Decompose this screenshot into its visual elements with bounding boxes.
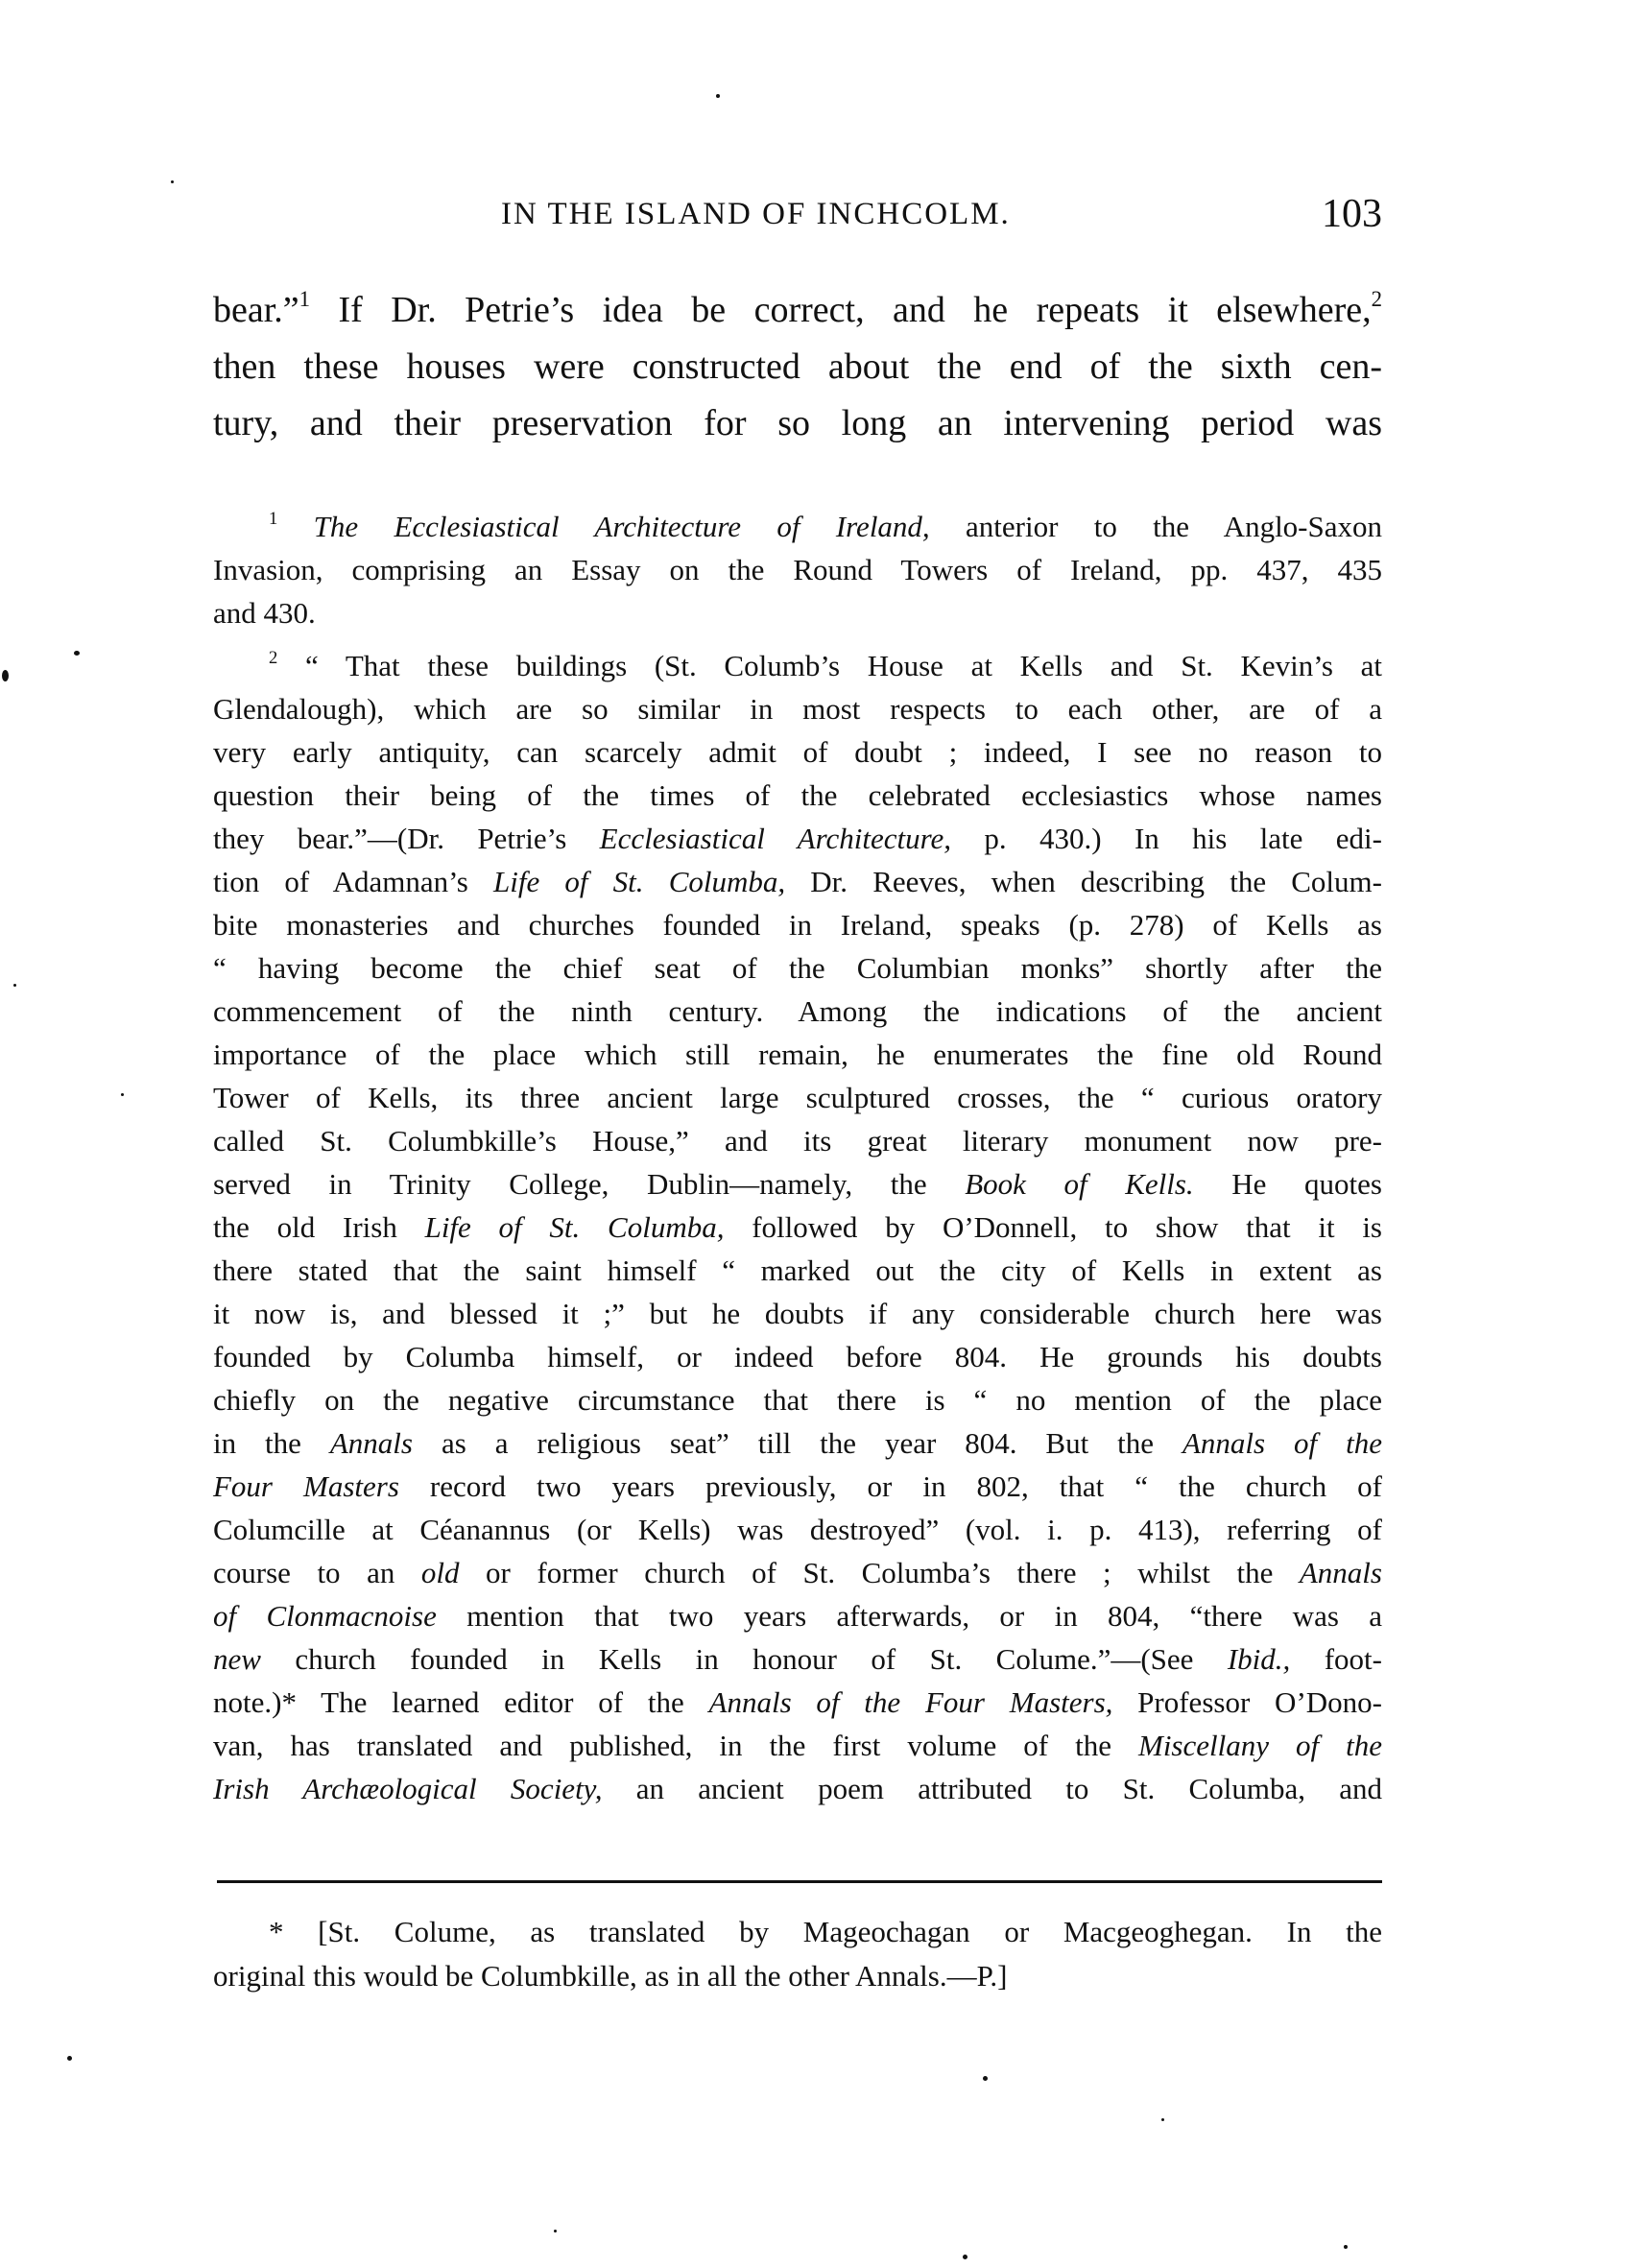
text-run: as a religious seat” till the year 804. … xyxy=(413,1426,1182,1460)
scan-speck xyxy=(983,2076,988,2081)
text-run: importance of the place which still rema… xyxy=(213,1038,1382,1071)
footnote-line: tion of Adamnan’s Life of St. Columba, D… xyxy=(213,860,1382,903)
running-title: IN THE ISLAND OF INCHCOLM. xyxy=(501,197,1011,232)
text-run: commencement of the ninth century. Among… xyxy=(213,994,1382,1028)
footnote-separator-rule xyxy=(217,1880,1382,1883)
text-run: * [St. Colume, as translated by Mageocha… xyxy=(269,1915,1382,1948)
footnote-line: Tower of Kells, its three ancient large … xyxy=(213,1076,1382,1119)
footnote-line: the old Irish Life of St. Columba, follo… xyxy=(213,1206,1382,1249)
scan-speck xyxy=(67,2056,72,2061)
text-run: founded by Columba himself, or indeed be… xyxy=(213,1340,1382,1373)
italic-title: of Clonmacnoise xyxy=(213,1599,437,1633)
text-run: Professor O’Dono- xyxy=(1112,1685,1382,1719)
footnote-line: 2 “ That these buildings (St. Columb’s H… xyxy=(213,644,1382,687)
footnote-line: they bear.”—(Dr. Petrie’s Ecclesiastical… xyxy=(213,817,1382,860)
text-run: van, has translated and published, in th… xyxy=(213,1729,1138,1762)
italic-title: Ibid., xyxy=(1228,1642,1290,1676)
footnote-line: served in Trinity College, Dublin—namely… xyxy=(213,1162,1382,1206)
text-run: an ancient poem attributed to St. Columb… xyxy=(602,1772,1382,1805)
text-run: p. 430.) In his late edi- xyxy=(951,822,1382,855)
text-run: very early antiquity, can scarcely admit… xyxy=(213,735,1382,769)
text-run: Invasion, comprising an Essay on the Rou… xyxy=(213,553,1382,586)
text-run: He quotes xyxy=(1194,1167,1382,1201)
scan-speck xyxy=(121,1093,124,1096)
editor-note-line: * [St. Colume, as translated by Mageocha… xyxy=(213,1910,1382,1954)
footnote-marker: 2 xyxy=(269,648,277,668)
italic-title: Life of St. Columba, xyxy=(425,1210,725,1244)
footnote-line: importance of the place which still rema… xyxy=(213,1033,1382,1076)
scan-speck xyxy=(963,2255,967,2259)
text-run: it now is, and blessed it ;” but he doub… xyxy=(213,1297,1382,1330)
footnote-line: of Clonmacnoise mention that two years a… xyxy=(213,1594,1382,1637)
text-run: “ That these buildings (St. Columb’s Hou… xyxy=(277,649,1382,682)
scan-speck xyxy=(74,651,80,656)
text-run: Glendalough), which are so similar in mo… xyxy=(213,692,1382,726)
text-run: Tower of Kells, its three ancient large … xyxy=(213,1081,1382,1114)
text-run: called St. Columbkille’s House,” and its… xyxy=(213,1124,1382,1158)
text-run: mention that two years afterwards, or in… xyxy=(437,1599,1382,1633)
italic-title: Irish Archæological Society, xyxy=(213,1772,602,1805)
scan-speck xyxy=(171,180,174,183)
italic-title: Annals of the xyxy=(1182,1426,1382,1460)
text-run: original this would be Columbkille, as i… xyxy=(213,1959,1007,1993)
scan-speck xyxy=(1344,2245,1348,2249)
footnote-2: 2 “ That these buildings (St. Columb’s H… xyxy=(213,644,1382,1810)
scan-speck xyxy=(716,94,720,98)
italic-title: Life of St. Columba, xyxy=(493,865,785,898)
body-line: tury, and their preservation for so long… xyxy=(213,395,1382,452)
footnote-line: Glendalough), which are so similar in mo… xyxy=(213,687,1382,730)
text-run: course to an xyxy=(213,1556,421,1589)
book-page: IN THE ISLAND OF INCHCOLM. 103 bear.”1 I… xyxy=(0,0,1648,2268)
footnote-marker: 1 xyxy=(299,287,310,311)
editor-note: * [St. Colume, as translated by Mageocha… xyxy=(213,1910,1382,1998)
text-run: Columcille at Céanannus (or Kells) was d… xyxy=(213,1513,1382,1546)
text-run: the old Irish xyxy=(213,1210,425,1244)
body-line: bear.”1 If Dr. Petrie’s idea be correct,… xyxy=(213,282,1382,339)
text-run: and 430. xyxy=(213,596,316,630)
footnote-line: note.)* The learned editor of the Annals… xyxy=(213,1681,1382,1724)
page-number: 103 xyxy=(1322,191,1382,237)
scan-speck xyxy=(2,670,9,681)
footnote-line: and 430. xyxy=(213,591,1382,634)
text-run: followed by O’Donnell, to show that it i… xyxy=(724,1210,1382,1244)
body-text: bear.”1 If Dr. Petrie’s idea be correct,… xyxy=(213,282,1382,452)
italic-title: Ecclesiastical Architecture, xyxy=(600,822,951,855)
footnote-line: course to an old or former church of St.… xyxy=(213,1551,1382,1594)
footnote-line: new church founded in Kells in honour of… xyxy=(213,1637,1382,1681)
italic-title: new xyxy=(213,1642,261,1676)
text-run: note.)* The learned editor of the xyxy=(213,1685,709,1719)
footnote-line: bite monasteries and churches founded in… xyxy=(213,903,1382,946)
footnotes: 1 The Ecclesiastical Architecture of Ire… xyxy=(213,505,1382,1810)
italic-title: old xyxy=(421,1556,460,1589)
footnote-line: commencement of the ninth century. Among… xyxy=(213,990,1382,1033)
italic-title: Annals xyxy=(1300,1556,1382,1589)
footnote-line: it now is, and blessed it ;” but he doub… xyxy=(213,1292,1382,1335)
footnote-line: van, has translated and published, in th… xyxy=(213,1724,1382,1767)
italic-title: Annals xyxy=(330,1426,413,1460)
text-run: foot- xyxy=(1290,1642,1382,1676)
footnote-line: called St. Columbkille’s House,” and its… xyxy=(213,1119,1382,1162)
footnote-line: Four Masters record two years previously… xyxy=(213,1465,1382,1508)
text-run: anterior to the Anglo-Saxon xyxy=(930,510,1382,543)
footnote-marker: 1 xyxy=(269,509,277,529)
italic-title: Four Masters xyxy=(213,1469,399,1503)
text-run: “ having become the chief seat of the Co… xyxy=(213,951,1382,985)
italic-title: Miscellany of the xyxy=(1138,1729,1382,1762)
text-run: bite monasteries and churches founded in… xyxy=(213,908,1382,942)
text-run: If Dr. Petrie’s idea be correct, and he … xyxy=(310,290,1372,330)
text-run: question their being of the times of the… xyxy=(213,778,1382,812)
scan-speck xyxy=(13,984,16,987)
text-run: or former church of St. Columba’s there … xyxy=(460,1556,1300,1589)
italic-title: Book of Kells. xyxy=(965,1167,1193,1201)
text-run: served in Trinity College, Dublin—namely… xyxy=(213,1167,965,1201)
text-run: tion of Adamnan’s xyxy=(213,865,493,898)
text-run: then these houses were constructed about… xyxy=(213,346,1382,387)
footnote-line: “ having become the chief seat of the Co… xyxy=(213,946,1382,990)
scan-speck xyxy=(1161,2118,1164,2121)
text-run: Dr. Reeves, when describing the Colum- xyxy=(785,865,1382,898)
footnote-line: founded by Columba himself, or indeed be… xyxy=(213,1335,1382,1378)
page-header: IN THE ISLAND OF INCHCOLM. 103 xyxy=(213,197,1382,245)
scan-speck xyxy=(554,2230,557,2232)
text-run: bear.” xyxy=(213,290,299,330)
text-run xyxy=(277,510,313,543)
paragraph-gap xyxy=(213,634,1382,644)
footnote-line: there stated that the saint himself “ ma… xyxy=(213,1249,1382,1292)
footnote-line: 1 The Ecclesiastical Architecture of Ire… xyxy=(213,505,1382,548)
editor-note-line: original this would be Columbkille, as i… xyxy=(213,1954,1382,1998)
body-line: then these houses were constructed about… xyxy=(213,339,1382,395)
text-run: church founded in Kells in honour of St.… xyxy=(261,1642,1228,1676)
footnote-line: very early antiquity, can scarcely admit… xyxy=(213,730,1382,774)
text-run: tury, and their preservation for so long… xyxy=(213,403,1382,443)
footnote-marker: 2 xyxy=(1372,287,1382,311)
footnote-line: Columcille at Céanannus (or Kells) was d… xyxy=(213,1508,1382,1551)
text-run: chiefly on the negative circumstance tha… xyxy=(213,1383,1382,1417)
italic-title: Annals of the Four Masters, xyxy=(709,1685,1113,1719)
italic-title: The Ecclesiastical Architecture of Irela… xyxy=(314,510,930,543)
text-run: they bear.”—(Dr. Petrie’s xyxy=(213,822,600,855)
footnote-line: in the Annals as a religious seat” till … xyxy=(213,1421,1382,1465)
footnote-line: Irish Archæological Society, an ancient … xyxy=(213,1767,1382,1810)
text-run: there stated that the saint himself “ ma… xyxy=(213,1253,1382,1287)
text-run: in the xyxy=(213,1426,330,1460)
footnote-line: question their being of the times of the… xyxy=(213,774,1382,817)
footnote-line: chiefly on the negative circumstance tha… xyxy=(213,1378,1382,1421)
footnote-line: Invasion, comprising an Essay on the Rou… xyxy=(213,548,1382,591)
footnote-1: 1 The Ecclesiastical Architecture of Ire… xyxy=(213,505,1382,634)
text-run: record two years previously, or in 802, … xyxy=(399,1469,1382,1503)
